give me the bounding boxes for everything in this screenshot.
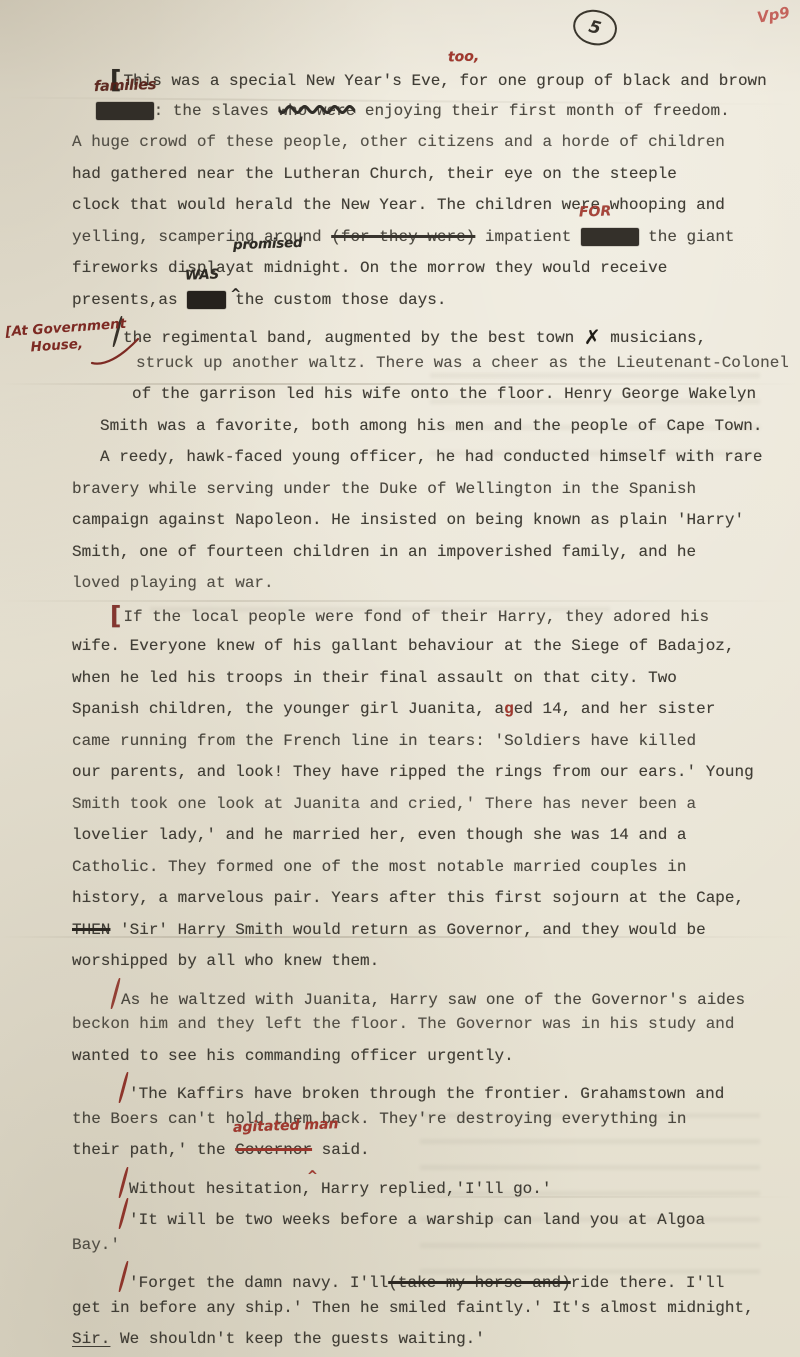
inked-out-text — [96, 102, 154, 120]
manuscript-line: worshipped by all who knew them. — [72, 946, 800, 978]
manuscript-line: Bay.' — [72, 1230, 800, 1262]
manuscript-line: lovelier lady,' and he married her, even… — [72, 820, 800, 852]
manuscript-line: [This was a special New Year's Eve,too, … — [72, 64, 800, 96]
paragraph-bracket-mark: [ — [110, 601, 121, 630]
typed-text: 'Sir' Harry Smith would return as Govern… — [110, 921, 705, 939]
manuscript-line: 'Forget the damn navy. I'll(take my hors… — [72, 1261, 800, 1293]
manuscript-line: yelling, scampering around (for they wer… — [72, 222, 800, 254]
typed-text: of the garrison led his wife onto the fl… — [132, 385, 756, 403]
typed-text: the regimental band, augmented by the be… — [123, 329, 584, 347]
manuscript-line: wife. Everyone knew of his gallant behav… — [72, 631, 800, 663]
typed-text: get in before any ship.' Then he smiled … — [72, 1299, 754, 1317]
scribbled-out-text: who were — [278, 102, 355, 120]
typed-text: A reedy, hawk-faced young officer, he ha… — [100, 448, 763, 466]
typed-text: Catholic. They formed one of the most no… — [72, 858, 687, 876]
manuscript-page: 5 Vp9 [At Government House, [This was a … — [0, 0, 800, 1357]
manuscript-line: Spanish children, the younger girl Juani… — [72, 694, 800, 726]
manuscript-line: when he led his troops in their final as… — [72, 663, 800, 695]
typed-text: had gathered near the Lutheran Church, t… — [72, 165, 677, 183]
manuscript-line: campaign against Napoleon. He insisted o… — [72, 505, 800, 537]
typed-text: musicians, — [601, 329, 707, 347]
paragraph-insert-mark — [118, 1077, 127, 1103]
typed-text: when he led his troops in their final as… — [72, 669, 677, 687]
typed-text: the giant — [639, 228, 735, 246]
typed-text: the Boers can't hold them back. They're … — [72, 1110, 687, 1128]
corner-annotation: Vp9 — [756, 3, 791, 26]
typed-text: clock that would herald the New Year. Th… — [72, 196, 725, 214]
typed-text: impatient — [475, 228, 581, 246]
manuscript-line: loved playing at war. — [72, 568, 800, 600]
manuscript-line: the Boers can't hold them back. They're … — [72, 1104, 800, 1136]
manuscript-line: 'It will be two weeks before a warship c… — [72, 1198, 800, 1230]
struck-out-text: (for they were) — [331, 228, 475, 246]
typed-text: lovelier lady,' and he married her, even… — [72, 826, 687, 844]
insertion-swoosh-icon — [90, 336, 142, 366]
typed-text: Smith was a favorite, both among his men… — [100, 417, 763, 435]
typed-text: struck up another waltz. There was a che… — [136, 354, 789, 372]
typed-text: said. — [312, 1141, 370, 1159]
paragraph-insert-mark — [118, 1266, 127, 1292]
manuscript-line: 'The Kaffirs have broken through the fro… — [72, 1072, 800, 1104]
typed-text: came running from the French line in tea… — [72, 732, 696, 750]
manuscript-line: their path,' the agitated manGovernor^ s… — [72, 1135, 800, 1167]
paragraph-insert-mark — [118, 1203, 127, 1229]
manuscript-line: wanted to see his commanding officer urg… — [72, 1041, 800, 1073]
paragraph-insert-mark — [110, 983, 119, 1009]
manuscript-line: Smith took one look at Juanita and cried… — [72, 789, 800, 821]
manuscript-line: Catholic. They formed one of the most no… — [72, 852, 800, 884]
manuscript-line: fireworks displaypromised^at midnight. O… — [72, 253, 800, 285]
struck-out-text: THEN — [72, 921, 110, 939]
manuscript-line: [If the local people were fond of their … — [72, 600, 800, 632]
typed-text: our parents, and look! They have ripped … — [72, 763, 754, 781]
typed-text: their path,' the — [72, 1141, 235, 1159]
manuscript-line: get in before any ship.' Then he smiled … — [72, 1293, 800, 1325]
manuscript-text: [This was a special New Year's Eve,too, … — [72, 64, 800, 1356]
manuscript-line: clock that would herald the New Year. Th… — [72, 190, 800, 222]
typed-text: 'The Kaffirs have broken through the fro… — [129, 1085, 724, 1103]
manuscript-line: A huge crowd of these people, other citi… — [72, 127, 800, 159]
typed-text: 'It will be two weeks before a warship c… — [129, 1211, 705, 1229]
inked-out-text — [581, 228, 639, 246]
manuscript-line: history, a marvelous pair. Years after t… — [72, 883, 800, 915]
manuscript-line: As he waltzed with Juanita, Harry saw on… — [72, 978, 800, 1010]
typed-text: Smith, one of fourteen children in an im… — [72, 543, 696, 561]
typed-text: campaign against Napoleon. He insisted o… — [72, 511, 744, 529]
manuscript-line: Without hesitation, Harry replied,'I'll … — [72, 1167, 800, 1199]
page-number-circled: 5 — [569, 5, 620, 50]
paragraph-insert-mark — [118, 1172, 127, 1198]
typed-text: wanted to see his commanding officer urg… — [72, 1047, 514, 1065]
typed-text: beckon him and they left the floor. The … — [72, 1015, 735, 1033]
manuscript-line: A reedy, hawk-faced young officer, he ha… — [72, 442, 800, 474]
typed-text: presents,as — [72, 291, 187, 309]
manuscript-line: Smith, one of fourteen children in an im… — [72, 537, 800, 569]
typed-text: This was a special New Year's Eve, — [123, 72, 449, 90]
inked-out-text — [187, 291, 225, 309]
underlined-typed-text: Sir. — [72, 1330, 110, 1348]
manuscript-line: families : the slaves who were enjoying … — [72, 96, 800, 128]
typed-text: Spanish children, the younger girl Juani… — [72, 700, 504, 718]
manuscript-line: had gathered near the Lutheran Church, t… — [72, 159, 800, 191]
manuscript-line: the regimental band, augmented by the be… — [72, 316, 800, 348]
manuscript-line: our parents, and look! They have ripped … — [72, 757, 800, 789]
struck-out-text: (take my horse and) — [388, 1274, 570, 1292]
manuscript-line: struck up another waltz. There was a che… — [72, 348, 800, 380]
typed-text: the custom those days. — [226, 291, 447, 309]
typed-text: ed 14, and her sister — [514, 700, 716, 718]
typed-text: We shouldn't keep the guests waiting.' — [110, 1330, 484, 1348]
typed-text: enjoying their first month of freedom. — [355, 102, 729, 120]
manuscript-line: bravery while serving under the Duke of … — [72, 474, 800, 506]
manuscript-line: beckon him and they left the floor. The … — [72, 1009, 800, 1041]
manuscript-line: presents,as WAS the custom those days. — [72, 285, 800, 317]
typed-text: : the slaves — [154, 102, 279, 120]
typed-text: Without hesitation, Harry replied,'I'll … — [129, 1180, 551, 1198]
typed-text: A huge crowd of these people, other citi… — [72, 133, 725, 151]
typed-text: history, a marvelous pair. Years after t… — [72, 889, 744, 907]
typed-text: ride there. I'll — [571, 1274, 725, 1292]
manuscript-line: Sir. We shouldn't keep the guests waitin… — [72, 1324, 800, 1356]
manuscript-line: THEN 'Sir' Harry Smith would return as G… — [72, 915, 800, 947]
typed-text: If the local people were fond of their H… — [123, 608, 709, 626]
typed-text: loved playing at war. — [72, 574, 274, 592]
typed-text: Smith took one look at Juanita and cried… — [72, 795, 696, 813]
typed-text: As he waltzed with Juanita, Harry saw on… — [121, 991, 745, 1009]
manuscript-line: came running from the French line in tea… — [72, 726, 800, 758]
typed-text: bravery while serving under the Duke of … — [72, 480, 696, 498]
deletion-x-mark: ✗ — [584, 325, 601, 349]
typed-text: wife. Everyone knew of his gallant behav… — [72, 637, 735, 655]
red-letter-correction: g — [504, 700, 514, 718]
typed-text: at midnight. On the morrow they would re… — [235, 259, 667, 277]
typed-text: Bay.' — [72, 1236, 120, 1254]
manuscript-line: Smith was a favorite, both among his men… — [72, 411, 800, 443]
typed-text: 'Forget the damn navy. I'll — [129, 1274, 388, 1292]
typed-text: for one group of black and brown — [450, 72, 767, 90]
typed-text: worshipped by all who knew them. — [72, 952, 379, 970]
manuscript-line: of the garrison led his wife onto the fl… — [72, 379, 800, 411]
